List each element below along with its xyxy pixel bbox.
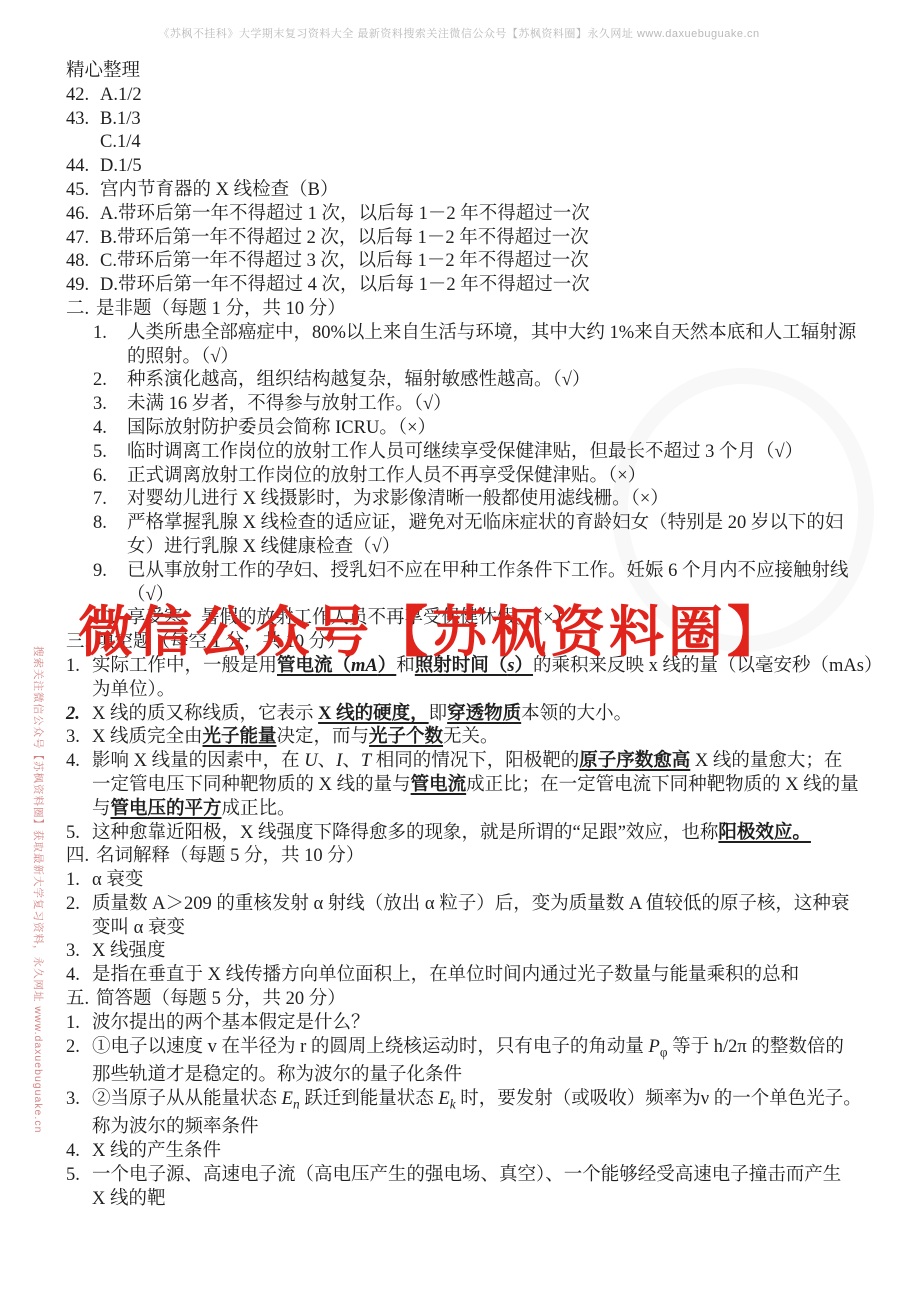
line-text: 是指在垂直于 X 线传播方向单位面积上，在单位时间内通过光子数量与能量乘积的总和	[92, 964, 896, 988]
doc-line: 2.X 线的质又称线质，它表示 X 线的硬度，即穿透物质本领的大小。	[66, 703, 896, 727]
doc-line: 2.①电子以速度 v 在半径为 r 的圆周上绕核运动时，只有电子的角动量 Pφ …	[66, 1036, 896, 1064]
line-text: A.1/2	[100, 84, 896, 108]
doc-line: 精心整理	[66, 60, 896, 84]
line-marker: 5.	[66, 1164, 92, 1188]
line-text: 已从事放射工作的孕妇、授乳妇不应在甲种工作条件下工作。妊娠 6 个月内不应接触射…	[127, 560, 896, 584]
line-marker: 2.	[66, 893, 92, 917]
line-marker: 4.	[66, 1140, 92, 1164]
top-header-watermark-text: 《苏枫不挂科》大学期末复习资料大全 最新资料搜索关注微信公众号【苏枫资料圈】永久…	[0, 25, 918, 41]
line-marker: 3.	[66, 940, 92, 964]
doc-line: 5.这种愈靠近阳极，X 线强度下降得愈多的现象，就是所谓的“足跟”效应，也称阳极…	[66, 822, 896, 846]
doc-line: 45.宫内节育器的 X 线检查（B）	[66, 179, 896, 203]
doc-line: 7.对婴幼儿进行 X 线摄影时，为求影像清晰一般都使用滤线栅。（×）	[93, 488, 896, 512]
line-text: 临时调离工作岗位的放射工作人员可继续享受保健津贴，但最长不超过 3 个月（√）	[127, 441, 896, 465]
doc-line: 4.影响 X 线量的因素中，在 U、I、T 相同的情况下，阳极靶的原子序数愈高 …	[66, 750, 896, 774]
line-marker: 42.	[66, 84, 100, 108]
doc-line: 5.临时调离工作岗位的放射工作人员可继续享受保健津贴，但最长不超过 3 个月（√…	[93, 441, 896, 465]
doc-line: 8.严格掌握乳腺 X 线检查的适应证，避免对无临床症状的育龄妇女（特别是 20 …	[93, 512, 896, 536]
line-marker: 2.	[66, 1036, 92, 1060]
doc-line: 五.简答题（每题 5 分，共 20 分）	[66, 988, 896, 1012]
doc-line: 1.人类所患全部癌症中，80%以上来自生活与环境，其中大约 1%来自天然本底和人…	[93, 322, 896, 346]
line-text: X 线质完全由光子能量决定，而与光子个数无关。	[92, 726, 896, 750]
doc-line: 四.名词解释（每题 5 分，共 10 分）	[66, 845, 896, 869]
line-marker: 8.	[93, 512, 127, 536]
doc-line: C.1/4	[66, 131, 896, 155]
line-marker: 4.	[66, 750, 92, 774]
line-marker: 5.	[93, 441, 127, 465]
line-text: 与管电压的平方成正比。	[92, 798, 896, 822]
line-text: 国际放射防护委员会简称 ICRU。（×）	[127, 417, 896, 441]
doc-line: 3.②当原子从从能量状态 En 跃迁到能量状态 Ek 时，要发射（或吸收）频率为…	[66, 1088, 896, 1116]
doc-line: 4.X 线的产生条件	[66, 1140, 896, 1164]
line-text: 对婴幼儿进行 X 线摄影时，为求影像清晰一般都使用滤线栅。（×）	[127, 488, 896, 512]
line-marker: 44.	[66, 155, 100, 179]
doc-line: 46.A.带环后第一年不得超过 1 次，以后每 1－2 年不得超过一次	[66, 203, 896, 227]
doc-line: 女）进行乳腺 X 线健康检查（√）	[93, 536, 896, 560]
line-text: 那些轨道才是稳定的。称为波尔的量子化条件	[92, 1064, 896, 1088]
doc-line: 一定管电压下同种靶物质的 X 线的量与管电流成正比；在一定管电流下同种靶物质的 …	[66, 774, 896, 798]
line-text: B.带环后第一年不得超过 2 次，以后每 1－2 年不得超过一次	[100, 227, 896, 251]
line-text: 种系演化越高，组织结构越复杂，辐射敏感性越高。（√）	[127, 369, 896, 393]
line-text: C.1/4	[100, 131, 896, 155]
line-text: 称为波尔的频率条件	[92, 1116, 896, 1140]
doc-line: 与管电压的平方成正比。	[66, 798, 896, 822]
line-marker: 45.	[66, 179, 100, 203]
doc-line: 为单位）。	[66, 679, 896, 703]
line-text: 未满 16 岁者，不得参与放射工作。（√）	[127, 393, 896, 417]
line-text: 人类所患全部癌症中，80%以上来自生活与环境，其中大约 1%来自天然本底和人工辐…	[127, 322, 896, 346]
doc-line: 9.已从事放射工作的孕妇、授乳妇不应在甲种工作条件下工作。妊娠 6 个月内不应接…	[93, 560, 896, 584]
line-marker: 43.	[66, 108, 100, 132]
line-marker: 7.	[93, 488, 127, 512]
doc-line: 47.B.带环后第一年不得超过 2 次，以后每 1－2 年不得超过一次	[66, 227, 896, 251]
line-text: 宫内节育器的 X 线检查（B）	[100, 179, 896, 203]
line-text: 正式调离放射工作岗位的放射工作人员不再享受保健津贴。（×）	[127, 465, 896, 489]
doc-line: 2.质量数 A＞209 的重核发射 α 射线（放出 α 粒子）后，变为质量数 A…	[66, 893, 896, 917]
line-marker: 1.	[66, 869, 92, 893]
red-watermark-banner: 微信公众号【苏枫资料圈】	[78, 605, 786, 660]
doc-line: 6.正式调离放射工作岗位的放射工作人员不再享受保健津贴。（×）	[93, 465, 896, 489]
doc-line: 44.D.1/5	[66, 155, 896, 179]
line-text: 质量数 A＞209 的重核发射 α 射线（放出 α 粒子）后，变为质量数 A 值…	[92, 893, 896, 917]
line-text: 一定管电压下同种靶物质的 X 线的量与管电流成正比；在一定管电流下同种靶物质的 …	[92, 774, 896, 798]
line-text: 严格掌握乳腺 X 线检查的适应证，避免对无临床症状的育龄妇女（特别是 20 岁以…	[127, 512, 896, 536]
line-marker: 6.	[93, 465, 127, 489]
line-text: X 线的靶	[92, 1188, 896, 1212]
doc-line: 1.α 衰变	[66, 869, 896, 893]
doc-line: 4.国际放射防护委员会简称 ICRU。（×）	[93, 417, 896, 441]
line-marker: 1.	[93, 322, 127, 346]
doc-line: 的照射。（√）	[93, 346, 896, 370]
line-text: X 线的质又称线质，它表示 X 线的硬度，即穿透物质本领的大小。	[92, 703, 896, 727]
line-marker: 二.	[66, 298, 96, 322]
line-text: D.带环后第一年不得超过 4 次，以后每 1－2 年不得超过一次	[100, 274, 896, 298]
doc-line: 3.X 线质完全由光子能量决定，而与光子个数无关。	[66, 726, 896, 750]
line-text: 影响 X 线量的因素中，在 U、I、T 相同的情况下，阳极靶的原子序数愈高 X …	[92, 750, 896, 774]
line-text: 波尔提出的两个基本假定是什么？	[92, 1012, 896, 1036]
line-text: 是非题（每题 1 分，共 10 分）	[96, 298, 896, 322]
line-text: 女）进行乳腺 X 线健康检查（√）	[127, 536, 896, 560]
line-text: 精心整理	[66, 60, 896, 84]
doc-line: 2.种系演化越高，组织结构越复杂，辐射敏感性越高。（√）	[93, 369, 896, 393]
line-marker: 2.	[66, 703, 92, 727]
doc-line: 4.是指在垂直于 X 线传播方向单位面积上，在单位时间内通过光子数量与能量乘积的…	[66, 964, 896, 988]
line-text: 这种愈靠近阳极，X 线强度下降得愈多的现象，就是所谓的“足跟”效应，也称阳极效应…	[92, 822, 896, 846]
line-text: 一个电子源、高速电子流（高电压产生的强电场、真空）、一个能够经受高速电子撞击而产…	[92, 1164, 896, 1188]
scanned-exam-document-page: 《苏枫不挂科》大学期末复习资料大全 最新资料搜索关注微信公众号【苏枫资料圈】永久…	[0, 0, 918, 1298]
line-marker: 2.	[93, 369, 127, 393]
doc-line: 42.A.1/2	[66, 84, 896, 108]
line-text: A.带环后第一年不得超过 1 次，以后每 1－2 年不得超过一次	[100, 203, 896, 227]
line-text: 为单位）。	[92, 679, 896, 703]
doc-line: 二.是非题（每题 1 分，共 10 分）	[66, 298, 896, 322]
line-marker: 五.	[66, 988, 96, 1012]
line-marker: 3.	[66, 726, 92, 750]
line-text: C.带环后第一年不得超过 3 次，以后每 1－2 年不得超过一次	[100, 250, 896, 274]
line-marker: 四.	[66, 845, 96, 869]
doc-line: 3.X 线强度	[66, 940, 896, 964]
line-marker: 1.	[66, 1012, 92, 1036]
doc-line: 称为波尔的频率条件	[66, 1116, 896, 1140]
line-text: ①电子以速度 v 在半径为 r 的圆周上绕核运动时，只有电子的角动量 Pφ 等于…	[92, 1036, 896, 1064]
line-text: X 线强度	[92, 940, 896, 964]
line-marker: 46.	[66, 203, 100, 227]
line-text: 简答题（每题 5 分，共 20 分）	[96, 988, 896, 1012]
doc-line: 5.一个电子源、高速电子流（高电压产生的强电场、真空）、一个能够经受高速电子撞击…	[66, 1164, 896, 1188]
doc-line: 那些轨道才是稳定的。称为波尔的量子化条件	[66, 1064, 896, 1088]
line-text: 变叫 α 衰变	[92, 917, 896, 941]
line-text: 的照射。（√）	[127, 346, 896, 370]
line-text: X 线的产生条件	[92, 1140, 896, 1164]
line-text: ②当原子从从能量状态 En 跃迁到能量状态 Ek 时，要发射（或吸收）频率为ν …	[92, 1088, 896, 1116]
line-marker: 4.	[66, 964, 92, 988]
line-text: D.1/5	[100, 155, 896, 179]
doc-line: 变叫 α 衰变	[66, 917, 896, 941]
doc-line: X 线的靶	[66, 1188, 896, 1212]
doc-line: 48.C.带环后第一年不得超过 3 次，以后每 1－2 年不得超过一次	[66, 250, 896, 274]
line-marker: 48.	[66, 250, 100, 274]
line-marker: 49.	[66, 274, 100, 298]
doc-line: 43.B.1/3	[66, 108, 896, 132]
line-text: α 衰变	[92, 869, 896, 893]
line-marker: 9.	[93, 560, 127, 584]
doc-line: 1.波尔提出的两个基本假定是什么？	[66, 1012, 896, 1036]
line-marker: 47.	[66, 227, 100, 251]
line-text: 名词解释（每题 5 分，共 10 分）	[96, 845, 896, 869]
line-marker: 4.	[93, 417, 127, 441]
doc-line: 3.未满 16 岁者，不得参与放射工作。（√）	[93, 393, 896, 417]
line-text: B.1/3	[100, 108, 896, 132]
line-marker: 3.	[66, 1088, 92, 1112]
line-marker: 3.	[93, 393, 127, 417]
line-marker: 5.	[66, 822, 92, 846]
doc-line: 49.D.带环后第一年不得超过 4 次，以后每 1－2 年不得超过一次	[66, 274, 896, 298]
left-vertical-watermark: 搜索关注微信公众号【苏枫资料圈】获取最新大学复习资料，永久网址 www.daxu…	[31, 646, 46, 1133]
